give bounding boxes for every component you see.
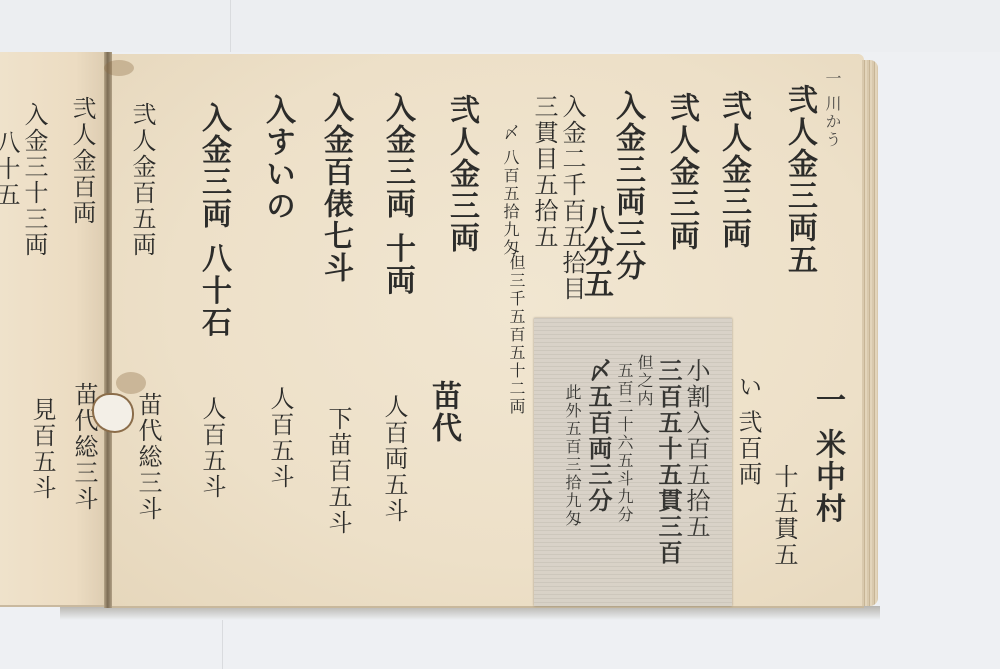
text-column: 弐人金三両五 [784, 84, 814, 276]
text-column: 入金三両 八十石 [198, 102, 228, 338]
text-column: 弐人金三両 [666, 92, 696, 252]
right-page: 一 川かう 弐人金三両五 弐人金三両 弐人金三両 入金三両三分 八分五 入金二千… [112, 54, 864, 608]
text-column: 〆 八百五拾九匁 [502, 124, 518, 257]
text-column: 苗代総三斗 [136, 392, 160, 522]
stain [116, 372, 146, 394]
text-column: 苗代 [428, 380, 458, 444]
background-seam [230, 0, 231, 52]
text-column: 三貫目五拾五 [532, 94, 556, 250]
left-page-column: 見百五斗 [30, 397, 54, 501]
slip-text-column: 三百五十五貫三百 [656, 358, 680, 566]
text-column: 入金百俵七斗 [320, 92, 350, 284]
text-column: 入金三両三分 [612, 90, 642, 282]
text-column: い 弐百両 [736, 374, 760, 488]
text-column: 入すいの [262, 94, 292, 222]
open-book: 弐人金百両 入金三十三両 八十五 苗代総三斗 見百五斗 一 川かう 弐人金三両五… [0, 52, 880, 612]
left-page-column: 八十五 [0, 130, 18, 208]
text-column: 入金二千百五拾目 [560, 94, 584, 302]
book-gutter [104, 52, 112, 608]
text-column: 弐人金三両 [446, 94, 476, 254]
text-column: 人百五斗 [200, 396, 224, 500]
slip-text-column: 但之内 [636, 354, 652, 408]
text-column: 十五貫五 [772, 464, 796, 568]
slip-text-column: 此外五百三拾九匁 [564, 384, 580, 528]
page-edges [862, 60, 878, 606]
text-column: 但三千五百五十二両 [508, 254, 524, 416]
text-column: 入金三両 十両 [382, 92, 412, 296]
stain [104, 60, 134, 76]
text-column: 下苗百五斗 [326, 406, 350, 536]
slip-text-column: 〆五百両三分 [586, 358, 610, 514]
left-page: 弐人金百両 入金三十三両 八十五 苗代総三斗 見百五斗 [0, 52, 108, 607]
text-column: 弐人金百五両 [130, 102, 154, 258]
left-page-column: 苗代総三斗 [72, 382, 96, 512]
left-page-column: 入金三十三両 [22, 102, 46, 258]
slip-text-column: 小割入百五拾五 [684, 358, 708, 540]
text-column: 一 川かう [824, 70, 840, 149]
background-seam-lower [222, 620, 223, 669]
text-column: 一 米中村 [812, 384, 842, 524]
slip-text-column: 五百二十六五斗九分 [616, 362, 632, 524]
background-top [0, 0, 1000, 52]
text-column: 弐人金三両 [718, 90, 748, 250]
text-column: 人百五斗 [268, 386, 292, 490]
pasted-paper-slip: 小割入百五拾五 三百五十五貫三百 但之内 五百二十六五斗九分 〆五百両三分 此外… [534, 318, 732, 606]
text-column: 人百両五斗 [382, 394, 406, 524]
left-page-column: 弐人金百両 [70, 96, 94, 226]
paper-damage-hole [94, 395, 132, 431]
